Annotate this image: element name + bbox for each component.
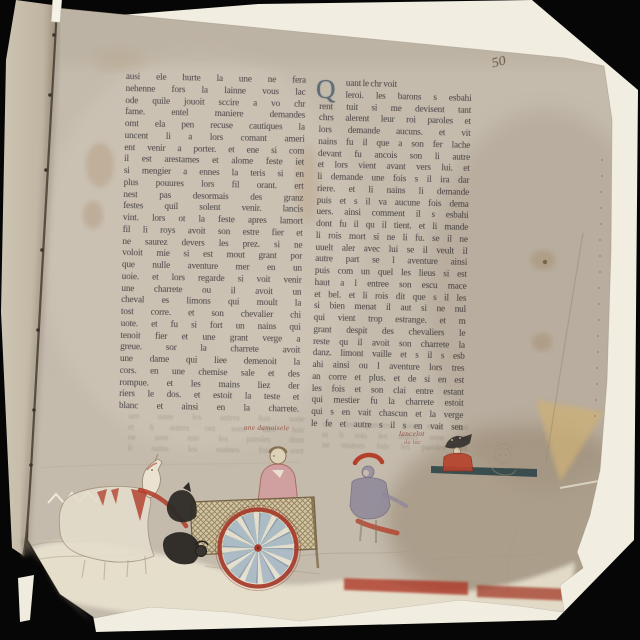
rubric-caption-lady: une damoisele [244, 424, 289, 432]
folio-number: 50 [490, 54, 507, 73]
ghost-line: li nains les maines fois sont [128, 442, 304, 456]
showthrough-text-right: ont les paroles fois sone uantet li rois… [322, 418, 469, 453]
showthrough-text-left: um uone les autres fois soneet li autres… [128, 410, 305, 455]
rubric-caption-rider-2: du lac [404, 439, 421, 446]
ghost-line: ne maines fois les paroles ont [322, 439, 468, 453]
text-column-left: ausi ele hurte la une ne feranehenne for… [119, 71, 306, 415]
illuminated-initial-q: Q [316, 76, 336, 102]
text-column-right: uant le chr voitleroi. les barons s esba… [311, 77, 472, 433]
text-layer: ausi ele hurte la une ne feranehenne for… [0, 0, 640, 640]
rubric-caption-rider: lancelot [399, 430, 425, 438]
manuscript-photo: ausi ele hurte la une ne feranehenne for… [0, 0, 640, 640]
